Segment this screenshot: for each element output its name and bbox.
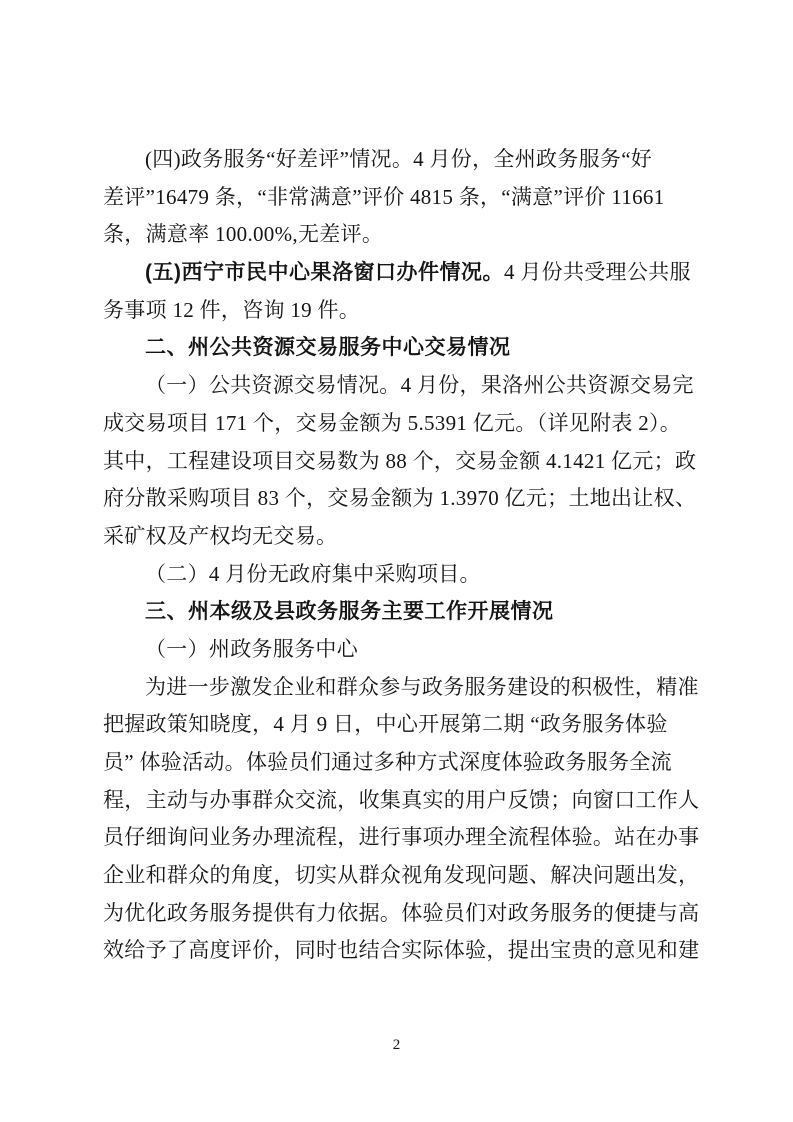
text-line: 成交易项目 171 个，交易金额为 5.5391 亿元。（详见附表 2）。 <box>103 405 699 443</box>
text-line: 其中，工程建设项目交易数为 88 个，交易金额 4.1421 亿元；政 <box>103 443 699 481</box>
text-line: （一）州政务服务中心 <box>103 631 699 669</box>
text-segment: 为优化政务服务提供有力依据。体验员们对政务服务的便捷与高 <box>103 901 699 925</box>
text-line: 为优化政务服务提供有力依据。体验员们对政务服务的便捷与高 <box>103 895 699 933</box>
text-line: 条，满意率 100.00%,无差评。 <box>103 216 699 254</box>
text-line: 采矿权及产权均无交易。 <box>103 518 699 556</box>
text-line: 把握政策知晓度，4 月 9 日，中心开展第二期 “政务服务体验 <box>103 706 699 744</box>
text-segment: 效给予了高度评价，同时也结合实际体验，提出宝贵的意见和建 <box>103 938 699 962</box>
text-segment: 其中，工程建设项目交易数为 88 个，交易金额 4.1421 亿元；政 <box>103 449 696 473</box>
text-segment: 成交易项目 171 个，交易金额为 5.5391 亿元。（详见附表 2）。 <box>103 411 681 435</box>
text-segment: 程，主动与办事群众交流，收集真实的用户反馈；向窗口工作人 <box>103 788 699 812</box>
text-segment: 二、州公共资源交易服务中心交易情况 <box>145 336 511 359</box>
text-line: 企业和群众的角度，切实从群众视角发现问题、解决问题出发， <box>103 857 699 895</box>
text-segment: 4 月份，全州政务服务“好 <box>413 147 652 171</box>
text-segment: 4 月份，果洛州公共资源交易完 <box>401 373 694 397</box>
text-line: （二）4 月份无政府集中采购项目。 <box>103 556 699 594</box>
document-page: (四)政务服务“好差评”情况。4 月份，全州政务服务“好差评”16479 条，“… <box>0 0 793 1122</box>
text-segment: （二）4 月份无政府集中采购项目。 <box>145 562 481 586</box>
page-number: 2 <box>393 1037 401 1053</box>
text-segment: （一）州政务服务中心 <box>145 637 358 661</box>
text-segment: 员仔细询问业务办理流程，进行事项办理全流程体验。站在办事 <box>103 825 699 849</box>
text-line: （一）公共资源交易情况。4 月份，果洛州公共资源交易完 <box>103 367 699 405</box>
text-segment: 采矿权及产权均无交易。 <box>103 524 337 548</box>
text-segment: （一）公共资源交易情况。 <box>145 373 401 397</box>
text-segment: 府分散采购项目 83 个，交易金额为 1.3970 亿元；土地出让权、 <box>103 486 696 510</box>
text-segment: 条，满意率 100.00%,无差评。 <box>103 222 383 246</box>
page-footer: 2 <box>0 1036 793 1054</box>
text-line: 效给予了高度评价，同时也结合实际体验，提出宝贵的意见和建 <box>103 932 699 970</box>
text-segment: 4 月份共受理公共服 <box>504 260 691 284</box>
text-line: 为进一步激发企业和群众参与政务服务建设的积极性，精准 <box>103 669 699 707</box>
text-segment: 为进一步激发企业和群众参与政务服务建设的积极性，精准 <box>145 675 699 699</box>
text-line: 务事项 12 件，咨询 19 件。 <box>103 292 699 330</box>
text-line: 程，主动与办事群众交流，收集真实的用户反馈；向窗口工作人 <box>103 782 699 820</box>
text-line: (四)政务服务“好差评”情况。4 月份，全州政务服务“好 <box>103 141 699 179</box>
text-line: 府分散采购项目 83 个，交易金额为 1.3970 亿元；土地出让权、 <box>103 480 699 518</box>
text-segment: 差评”16479 条，“非常满意”评价 4815 条，“满意”评价 11661 <box>103 185 665 209</box>
text-segment: (五)西宁市民中心果洛窗口办件情况。 <box>145 261 504 284</box>
text-line: (五)西宁市民中心果洛窗口办件情况。4 月份共受理公共服 <box>103 254 699 292</box>
text-line: 二、州公共资源交易服务中心交易情况 <box>103 329 699 367</box>
text-segment: 三、州本级及县政务服务主要工作开展情况 <box>145 600 554 623</box>
text-segment: 企业和群众的角度，切实从群众视角发现问题、解决问题出发， <box>103 863 699 887</box>
text-line: 三、州本级及县政务服务主要工作开展情况 <box>103 593 699 631</box>
text-segment: 员” 体验活动。体验员们通过多种方式深度体验政务服务全流 <box>103 750 672 774</box>
text-segment: (四)政务服务“好差评”情况。 <box>145 147 413 171</box>
text-line: 差评”16479 条，“非常满意”评价 4815 条，“满意”评价 11661 <box>103 179 699 217</box>
text-segment: 把握政策知晓度，4 月 9 日，中心开展第二期 “政务服务体验 <box>103 712 668 736</box>
document-text-body: (四)政务服务“好差评”情况。4 月份，全州政务服务“好差评”16479 条，“… <box>103 141 699 970</box>
text-line: 员” 体验活动。体验员们通过多种方式深度体验政务服务全流 <box>103 744 699 782</box>
text-line: 员仔细询问业务办理流程，进行事项办理全流程体验。站在办事 <box>103 819 699 857</box>
text-segment: 务事项 12 件，咨询 19 件。 <box>103 298 360 322</box>
